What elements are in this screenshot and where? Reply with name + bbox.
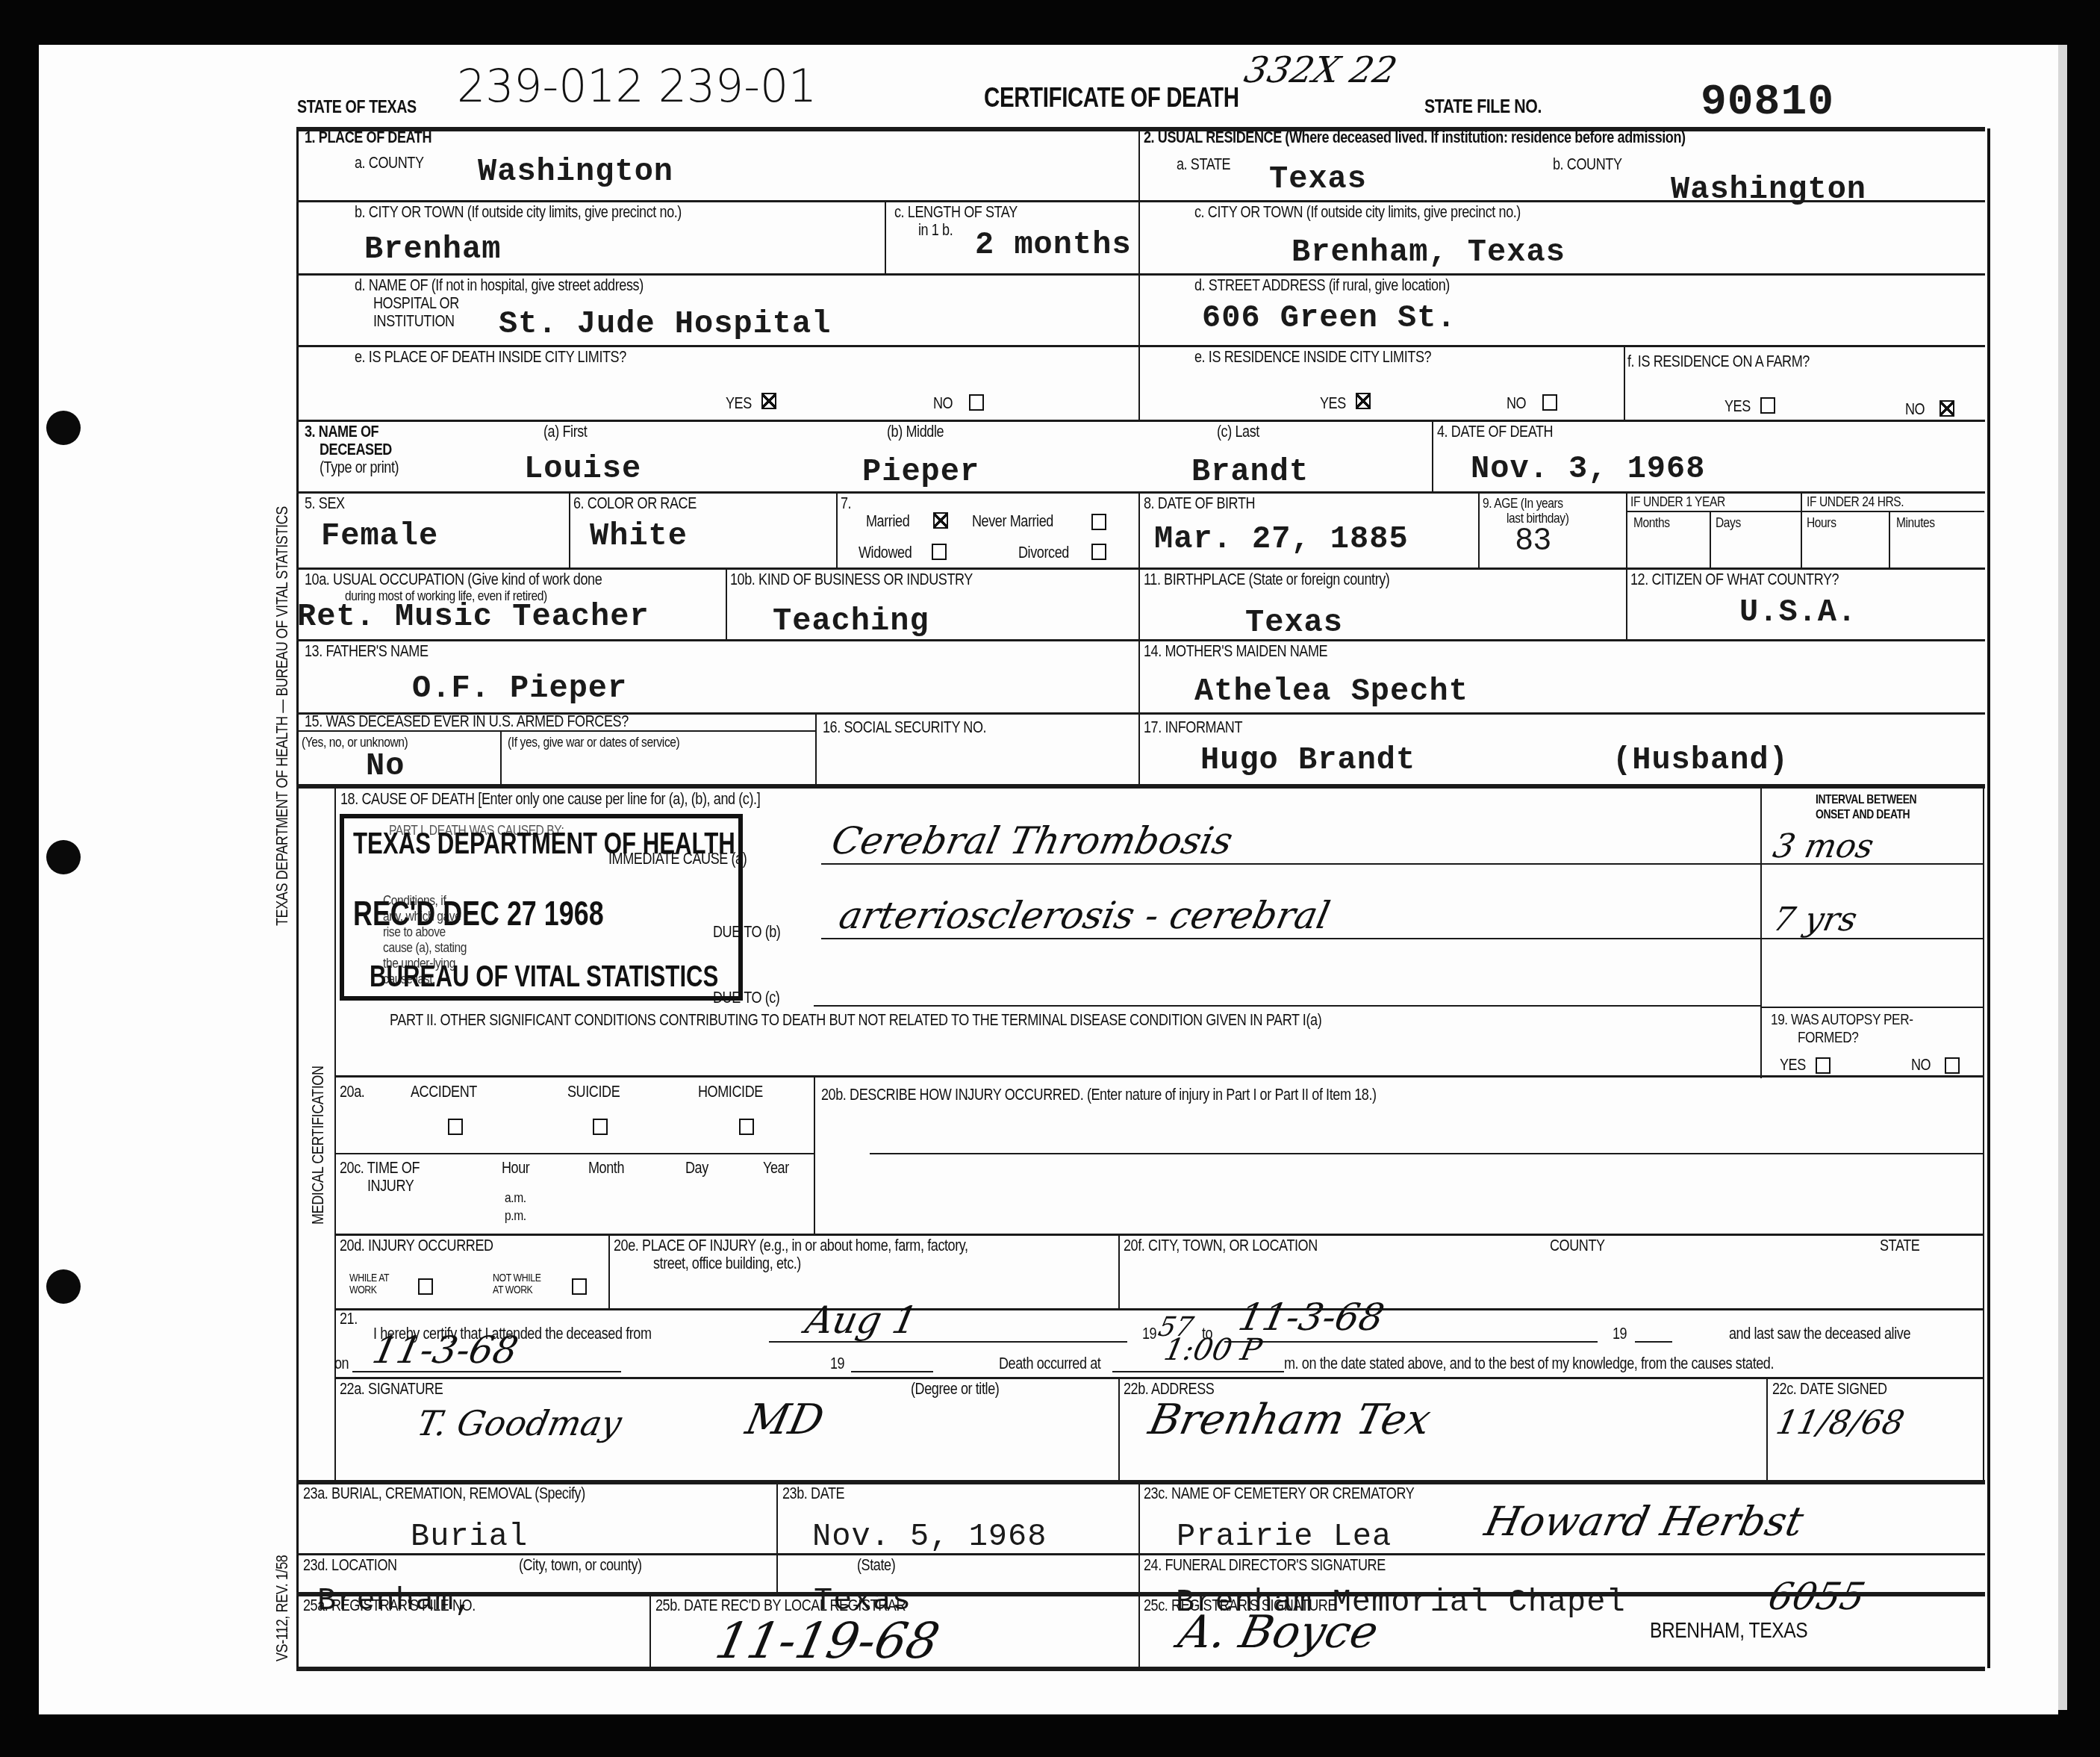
ssn-label: 16. SOCIAL SECURITY NO.: [823, 718, 986, 736]
registrar-location: BRENHAM, TEXAS: [1650, 1622, 1807, 1640]
last-saw-text: and last saw the deceased alive: [1729, 1325, 1910, 1343]
date-signed: 11/8/68: [1772, 1404, 1907, 1443]
divider: [1801, 491, 1802, 567]
length-of-stay: 2 months: [975, 228, 1132, 261]
farm-no-checkbox[interactable]: [1939, 400, 1954, 417]
divider: [1626, 511, 1984, 512]
stamp-received-date: REC'D DEC 27 1968: [353, 893, 604, 933]
divider: [814, 1075, 815, 1235]
yes-label: YES: [1320, 394, 1346, 412]
divider: [1626, 491, 1627, 567]
occupation: Ret. Music Teacher: [297, 600, 649, 633]
injury-type-label: 20a.: [340, 1083, 364, 1101]
middle-name-label: (b) Middle: [887, 423, 944, 441]
autopsy-label: 19. WAS AUTOPSY PER-: [1771, 1011, 1913, 1029]
sex-label: 5. SEX: [305, 494, 345, 512]
farm-yes-checkbox[interactable]: [1760, 397, 1775, 414]
city-label: b. CITY OR TOWN (If outside city limits,…: [355, 203, 682, 221]
residence-state: Texas: [1269, 163, 1367, 196]
hours-label: Hours: [1807, 515, 1836, 531]
time-of-injury-label-2: INJURY: [367, 1177, 414, 1195]
year-label: Year: [763, 1159, 789, 1177]
death-time: 1:00 P: [1160, 1331, 1265, 1369]
divider: [1138, 1483, 1140, 1670]
residence-city-label: c. CITY OR TOWN (If outside city limits,…: [1194, 203, 1521, 221]
homicide-checkbox[interactable]: [739, 1119, 754, 1135]
death-occurred-label: Death occurred at: [999, 1355, 1100, 1372]
months-label: Months: [1633, 515, 1670, 531]
divider: [296, 730, 815, 732]
inside-city-limits-label: e. IS PLACE OF DEATH INSIDE CITY LIMITS?: [355, 348, 626, 366]
cemetery-label: 23c. NAME OF CEMETERY OR CREMATORY: [1144, 1484, 1414, 1502]
age-label: 9. AGE (In years: [1483, 496, 1563, 511]
business-label: 10b. KIND OF BUSINESS OR INDUSTRY: [730, 570, 973, 588]
divider: [1478, 491, 1480, 567]
date-of-birth: Mar. 27, 1885: [1154, 523, 1409, 556]
citizen-label: 12. CITIZEN OF WHAT COUNTRY?: [1630, 570, 1839, 588]
disposition-label: 23a. BURIAL, CREMATION, REMOVAL (Specify…: [303, 1484, 585, 1502]
cause-of-death-label: 18. CAUSE OF DEATH [Enter only one cause…: [340, 790, 760, 808]
never-married-label: Never Married: [972, 512, 1053, 530]
name-label: 3. NAME OF: [305, 423, 378, 441]
dob-label: 8. DATE OF BIRTH: [1144, 494, 1255, 512]
divider: [608, 1234, 610, 1308]
time-of-injury-label: 20c. TIME OF: [340, 1159, 420, 1177]
divider: [1766, 1377, 1768, 1481]
death-inside-limits-no-checkbox[interactable]: [969, 394, 984, 411]
divider: [296, 639, 1985, 641]
age: 83: [1515, 523, 1552, 556]
divider: [500, 732, 502, 786]
divider: [296, 491, 1985, 494]
divider: [815, 712, 817, 786]
street-address: 606 Green St.: [1202, 302, 1456, 335]
pm-label: p.m.: [505, 1208, 526, 1224]
certificate-title: CERTIFICATE OF DEATH: [984, 84, 1239, 112]
location-state-label: (State): [857, 1556, 895, 1574]
death-city: Brenham: [364, 233, 501, 266]
accident-checkbox[interactable]: [448, 1119, 463, 1135]
divider: [1626, 567, 1627, 639]
century-label: 19: [1613, 1325, 1627, 1343]
date-received: 11-19-68: [711, 1616, 944, 1667]
while-at-work-label: WHILE AT WORK: [349, 1272, 392, 1296]
signature-label: 22a. SIGNATURE: [340, 1380, 443, 1398]
am-label: a.m.: [505, 1190, 526, 1206]
residence-inside-limits-no-checkbox[interactable]: [1542, 394, 1557, 411]
divider: [569, 491, 570, 567]
county-label: a. COUNTY: [355, 154, 424, 172]
not-while-at-work-label: NOT WHILE AT WORK: [493, 1272, 542, 1296]
farm-label: f. IS RESIDENCE ON A FARM?: [1627, 352, 1810, 370]
mother-label: 14. MOTHER'S MAIDEN NAME: [1144, 642, 1327, 660]
married-label: Married: [866, 512, 909, 530]
no-label: NO: [1911, 1056, 1931, 1074]
divider: [334, 1153, 814, 1154]
divider: [649, 1595, 651, 1668]
under-1-year-label: IF UNDER 1 YEAR: [1630, 494, 1725, 510]
residence-inside-limits-yes-checkbox[interactable]: [1356, 393, 1371, 409]
place-of-injury-label: 20e. PLACE OF INJURY (e.g., in or about …: [614, 1237, 968, 1254]
physician-address: Brenham Tex: [1145, 1401, 1433, 1440]
accident-label: ACCIDENT: [411, 1083, 477, 1101]
certification-number: 21.: [340, 1310, 358, 1328]
first-name: Louise: [524, 453, 641, 485]
street-address-label: d. STREET ADDRESS (if rural, give locati…: [1194, 276, 1450, 294]
divider: [1112, 1371, 1284, 1372]
yes-label: YES: [726, 394, 752, 412]
hour-label: Hour: [502, 1159, 529, 1177]
injury-occurred-label: 20d. INJURY OCCURRED: [340, 1237, 493, 1254]
last-name: Brandt: [1191, 455, 1309, 488]
medical-certification-label: MEDICAL CERTIFICATION: [309, 1066, 327, 1225]
no-label: NO: [1905, 400, 1925, 418]
location-label: 23d. LOCATION: [303, 1556, 397, 1574]
length-of-stay-label: c. LENGTH OF STAY: [894, 203, 1018, 221]
divider: [870, 1153, 1984, 1154]
injury-city-label: 20f. CITY, TOWN, OR LOCATION: [1124, 1237, 1318, 1254]
last-name-label: (c) Last: [1217, 423, 1259, 441]
cemetery-name: Prairie Lea: [1177, 1520, 1392, 1553]
race: White: [590, 520, 688, 553]
describe-injury-label: 20b. DESCRIBE HOW INJURY OCCURRED. (Ente…: [821, 1086, 1377, 1104]
while-at-work-checkbox[interactable]: [418, 1278, 433, 1295]
under-24-hrs-label: IF UNDER 24 HRS.: [1807, 494, 1904, 510]
middle-name: Pieper: [862, 455, 979, 488]
usual-residence-label: 2. USUAL RESIDENCE (Where deceased lived…: [1144, 128, 1686, 146]
location-city-label: (City, town, or county): [519, 1556, 642, 1574]
divider: [1138, 491, 1140, 567]
residence-city: Brenham, Texas: [1292, 236, 1565, 269]
death-county: Washington: [478, 155, 673, 188]
divider: [1635, 1341, 1672, 1343]
yes-label: YES: [1724, 397, 1751, 415]
degree-label: (Degree or title): [911, 1380, 999, 1398]
widowed-checkbox[interactable]: [932, 544, 947, 560]
divider: [1432, 420, 1433, 491]
registrar-signature: A. Boyce: [1175, 1613, 1381, 1652]
armed-service-label: (If yes, give war or dates of service): [508, 735, 679, 750]
state-file-number: 90810: [1701, 81, 1834, 125]
funeral-license-number: 6055: [1765, 1577, 1868, 1616]
minutes-label: Minutes: [1896, 515, 1935, 531]
business: Teaching: [773, 605, 929, 638]
residence-inside-limits-label: e. IS RESIDENCE INSIDE CITY LIMITS?: [1194, 348, 1431, 366]
autopsy-no-checkbox[interactable]: [1945, 1057, 1960, 1074]
birthplace-label: 11. BIRTHPLACE (State or foreign country…: [1144, 570, 1389, 588]
hospital-label-2: HOSPITAL OR: [373, 294, 459, 312]
divider: [1118, 1234, 1120, 1308]
divider: [334, 1308, 1984, 1310]
state-file-label: STATE FILE NO.: [1424, 97, 1542, 115]
stamp-department: TEXAS DEPARTMENT OF HEALTH: [353, 827, 735, 861]
divider: [776, 1483, 778, 1592]
divider: [1710, 512, 1711, 567]
burial-date-label: 23b. DATE: [782, 1484, 844, 1502]
stamp-bureau: BUREAU OF VITAL STATISTICS: [370, 960, 718, 994]
physician-degree: MD: [742, 1401, 826, 1440]
funeral-director-signature: Howard Herbst: [1481, 1502, 1806, 1541]
autopsy-yes-checkbox[interactable]: [1816, 1057, 1831, 1074]
hospital-name: St. Jude Hospital: [499, 308, 831, 340]
divider: [1624, 345, 1625, 420]
punch-hole: [46, 1269, 81, 1304]
widowed-label: Widowed: [859, 544, 912, 562]
divider: [885, 200, 886, 275]
suicide-label: SUICIDE: [567, 1083, 620, 1101]
suicide-checkbox[interactable]: [593, 1119, 608, 1135]
married-checkbox[interactable]: [933, 512, 948, 529]
hospital-label-3: INSTITUTION: [373, 312, 455, 330]
injury-county-label: COUNTY: [1550, 1237, 1605, 1254]
armed-forces-label: 15. WAS DECEASED EVER IN U.S. ARMED FORC…: [305, 712, 629, 730]
divider: [296, 127, 1985, 131]
divider: [1760, 1007, 1984, 1008]
divider: [1889, 512, 1890, 567]
divider: [334, 1075, 1984, 1077]
divider: [1118, 1377, 1120, 1481]
century-label: 19: [830, 1355, 844, 1372]
no-label: NO: [933, 394, 953, 412]
divider: [814, 1005, 1760, 1007]
date-signed-label: 22c. DATE SIGNED: [1772, 1380, 1887, 1398]
occupation-label: 10a. USUAL OCCUPATION (Give kind of work…: [305, 570, 602, 588]
due-to-b: arteriosclerosis - cerebral: [835, 896, 1333, 935]
date-of-death-label: 4. DATE OF DEATH: [1437, 423, 1553, 441]
divider: [296, 1592, 1985, 1596]
physician-signature: T. Goodmay: [414, 1404, 625, 1443]
funeral-director-label: 24. FUNERAL DIRECTOR'S SIGNATURE: [1144, 1556, 1386, 1574]
marital-label: 7.: [841, 494, 851, 512]
residence-state-label: a. STATE: [1177, 155, 1230, 173]
divider: [836, 491, 838, 567]
informant-label: 17. INFORMANT: [1144, 718, 1242, 736]
certify-text-3: m. on the date stated above, and to the …: [1284, 1355, 1774, 1372]
birthplace: Texas: [1245, 606, 1343, 639]
days-label: Days: [1716, 515, 1741, 531]
immediate-cause: Cerebral Thrombosis: [828, 821, 1236, 860]
punch-hole: [46, 840, 81, 874]
handwritten-codes: 239-012 239-01: [457, 67, 817, 106]
citizenship: U.S.A.: [1739, 596, 1857, 629]
injury-state-label: STATE: [1880, 1237, 1919, 1254]
divider: [296, 784, 1985, 789]
day-label: Day: [685, 1159, 708, 1177]
sex: Female: [321, 520, 438, 553]
race-label: 6. COLOR OR RACE: [573, 494, 697, 512]
form-number: VS-112, REV. 1/58: [273, 1555, 291, 1661]
attended-from: Aug 1: [802, 1301, 920, 1340]
informant-relation: (Husband): [1613, 744, 1789, 777]
divider: [1138, 567, 1140, 786]
state-label: STATE OF TEXAS: [297, 99, 417, 116]
punch-hole: [46, 411, 81, 445]
name-label-2: DECEASED: [320, 441, 392, 458]
century-label: 19: [1142, 1325, 1156, 1343]
on-label: on: [334, 1355, 349, 1372]
interval-label-2: ONSET AND DEATH: [1816, 806, 1910, 822]
father-label: 13. FATHER'S NAME: [305, 642, 429, 660]
divider: [296, 1667, 1985, 1671]
divorced-label: Divorced: [1018, 544, 1069, 562]
date-of-death: Nov. 3, 1968: [1471, 453, 1705, 485]
divorced-checkbox[interactable]: [1091, 544, 1106, 560]
father-name: O.F. Pieper: [412, 672, 627, 705]
homicide-label: HOMICIDE: [698, 1083, 763, 1101]
handwritten-top-code: 332X 22: [1241, 51, 1400, 90]
divider: [726, 567, 727, 639]
no-label: NO: [1507, 394, 1526, 412]
interval-a: 3 mos: [1769, 827, 1877, 866]
paper-edge: [2058, 45, 2067, 1710]
first-name-label: (a) First: [543, 423, 587, 441]
interval-label: INTERVAL BETWEEN: [1816, 792, 1916, 807]
month-label: Month: [588, 1159, 624, 1177]
disposition: Burial: [411, 1520, 528, 1553]
yes-label: YES: [1780, 1056, 1806, 1074]
interval-b: 7 yrs: [1769, 901, 1860, 939]
part-ii-label: PART II. OTHER SIGNIFICANT CONDITIONS CO…: [390, 1011, 1321, 1029]
not-while-at-work-checkbox[interactable]: [572, 1278, 587, 1295]
armed-forces: No: [366, 750, 405, 783]
last-seen-date: 11-3-68: [369, 1331, 521, 1369]
informant-name: Hugo Brandt: [1200, 744, 1415, 777]
received-stamp: PART I. DEATH WAS CAUSED BY: Conditions,…: [340, 814, 743, 1001]
divider: [1760, 787, 1762, 1078]
place-of-death-label: 1. PLACE OF DEATH: [305, 128, 431, 146]
length-of-stay-sublabel: in 1 b.: [918, 221, 953, 239]
autopsy-label-2: FORMED?: [1798, 1029, 1858, 1047]
department-margin-label: TEXAS DEPARTMENT OF HEALTH — BUREAU OF V…: [273, 506, 291, 926]
divider: [1224, 1341, 1598, 1343]
mother-maiden-name: Athelea Specht: [1194, 675, 1468, 708]
never-married-checkbox[interactable]: [1091, 514, 1106, 530]
registrar-file-label: 25a. REGISTRAR'S FILE NO.: [303, 1596, 476, 1614]
divider: [851, 1371, 933, 1372]
death-inside-limits-yes-checkbox[interactable]: [761, 393, 776, 409]
place-of-injury-label-2: street, office building, etc.): [653, 1254, 801, 1272]
burial-date: Nov. 5, 1968: [812, 1520, 1047, 1553]
name-label-3: (Type or print): [320, 458, 399, 476]
residence-county-label: b. COUNTY: [1553, 155, 1622, 173]
hospital-label: d. NAME OF (If not in hospital, give str…: [355, 276, 644, 294]
